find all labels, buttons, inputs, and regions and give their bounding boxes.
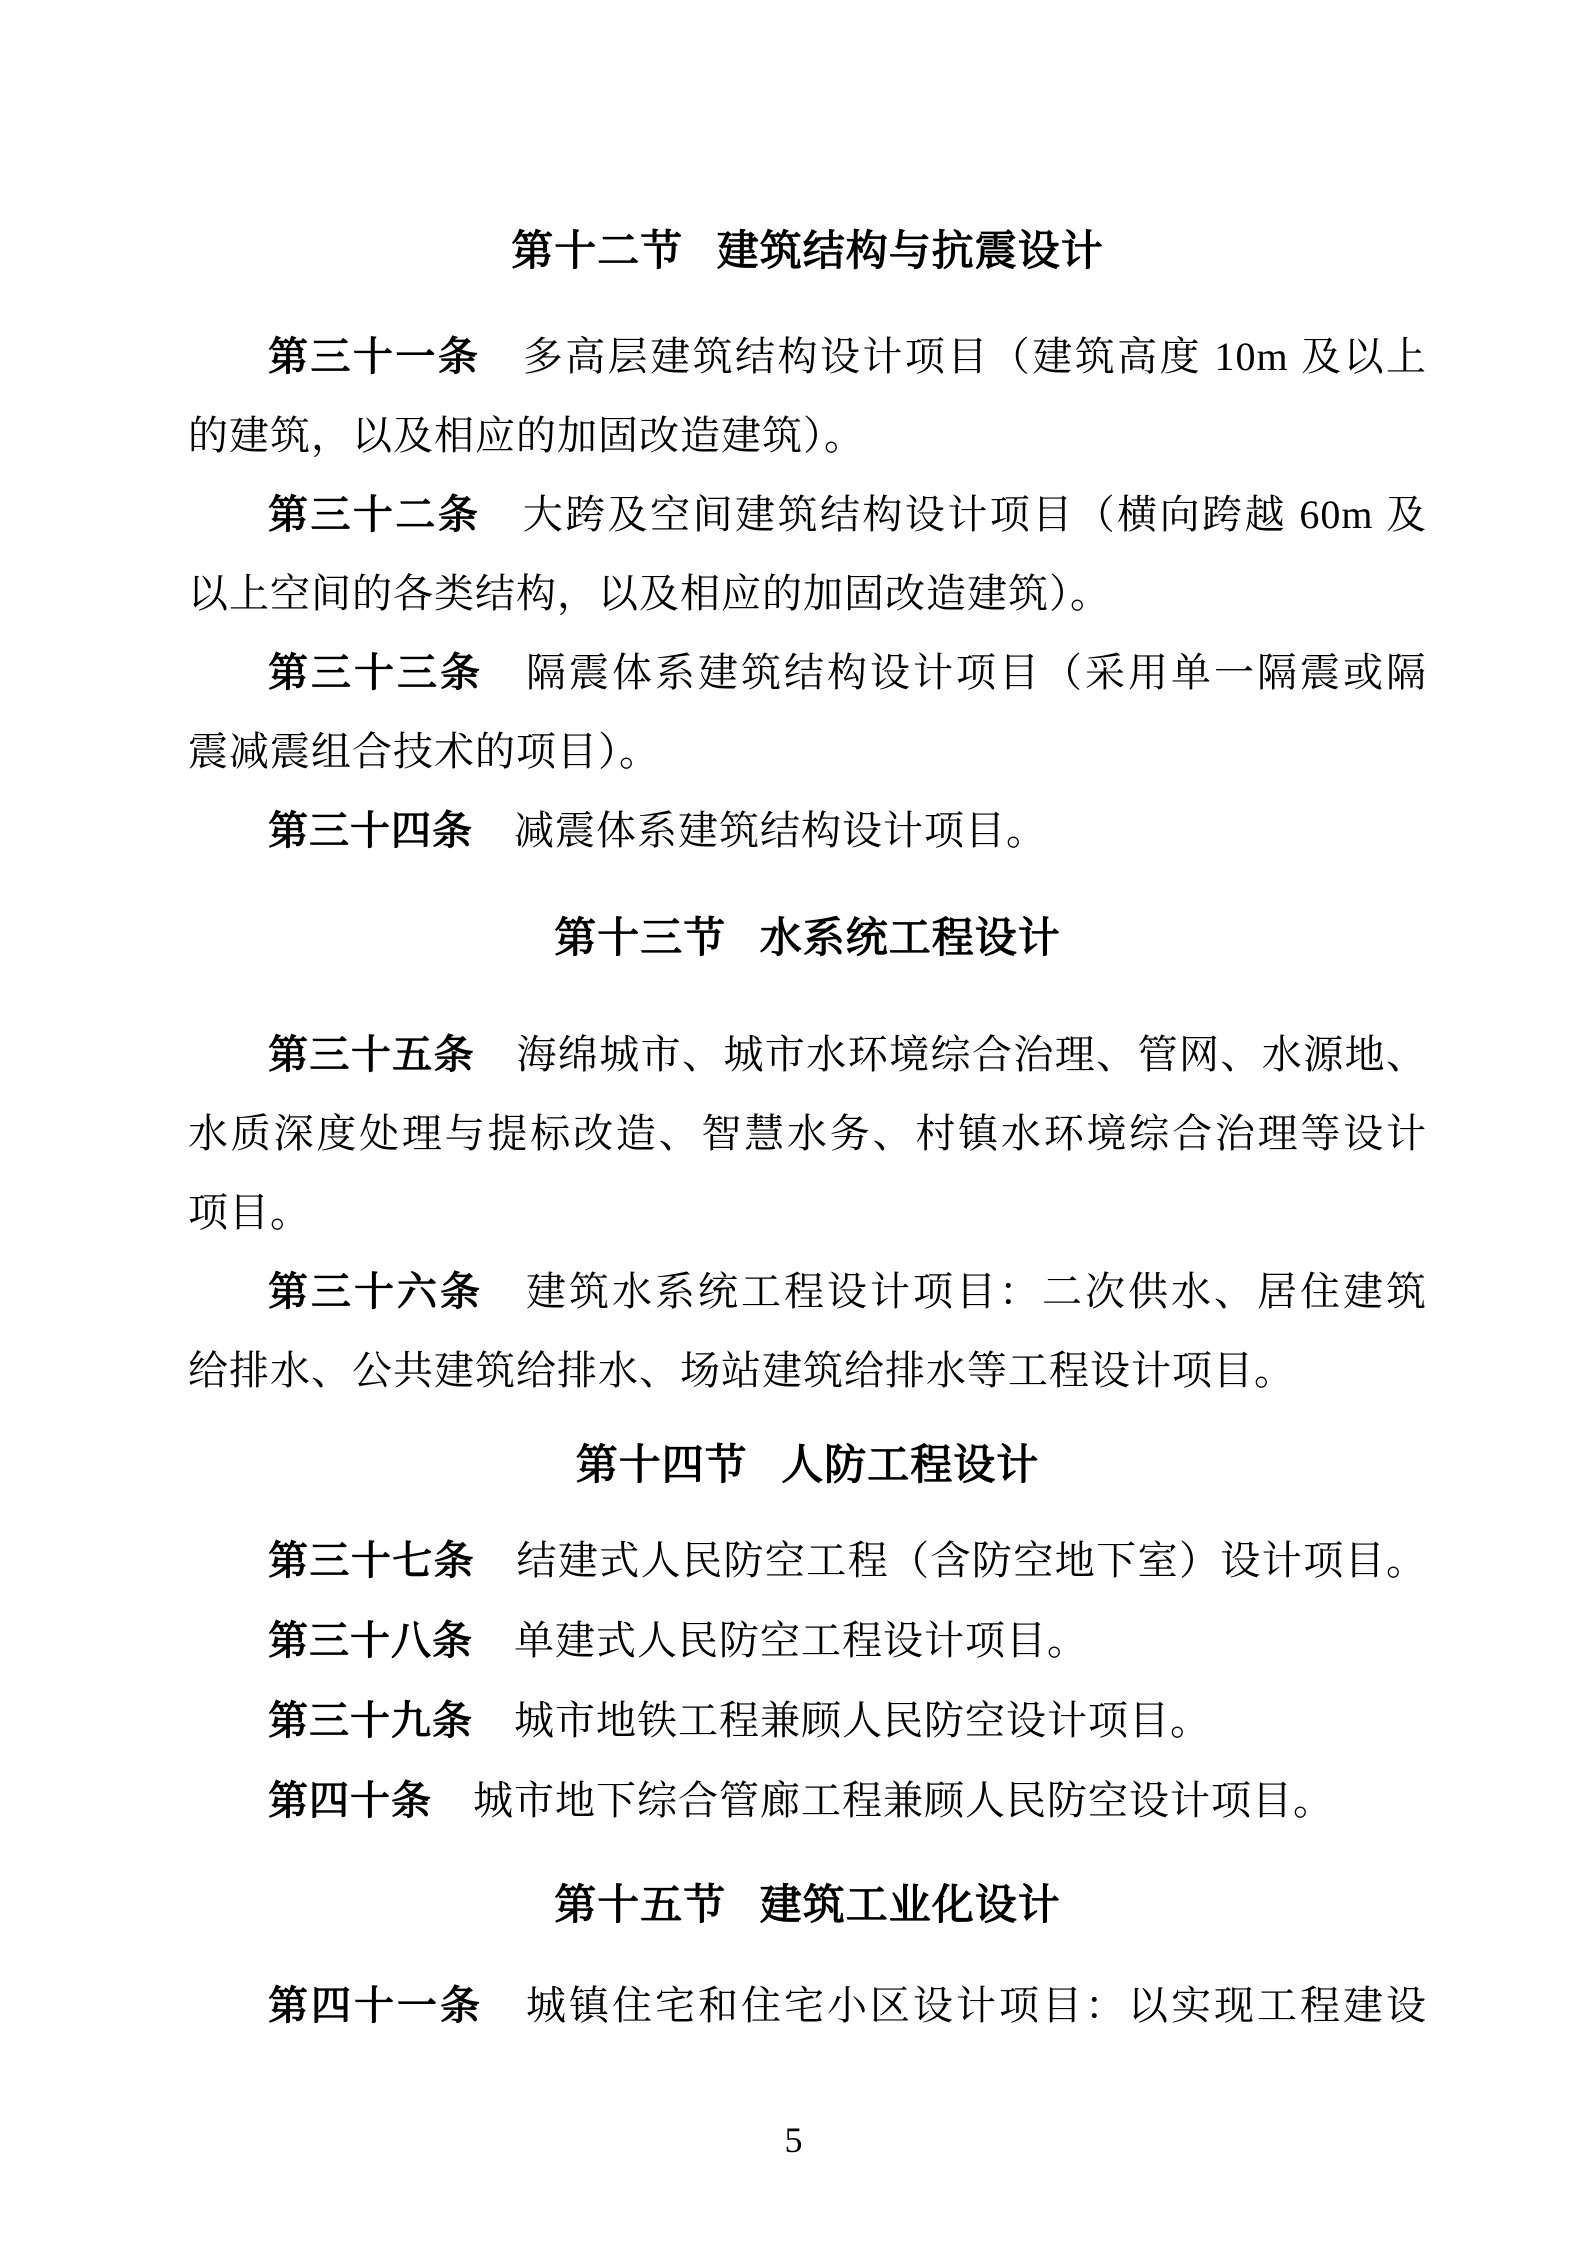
section-heading: 第十三节水系统工程设计 — [188, 913, 1427, 962]
article-text: 给排水、公共建筑给排水、场站建筑给排水等工程设计项目。 — [188, 1348, 1295, 1393]
article-paragraph: 第四十一条 城镇住宅和住宅小区设计项目：以实现工程建设 — [188, 1966, 1427, 2045]
article-number: 第三十九条 — [268, 1698, 473, 1743]
article-line: 第三十四条 减震体系建筑结构设计项目。 — [188, 791, 1427, 870]
section-heading: 第十二节建筑结构与抗震设计 — [188, 226, 1427, 275]
article-paragraph: 第三十六条 建筑水系统工程设计项目：二次供水、居住建筑 给排水、公共建筑给排水、… — [188, 1252, 1427, 1410]
article-text: 单建式人民防空工程设计项目。 — [473, 1618, 1088, 1663]
article-paragraph: 第三十一条 多高层建筑结构设计项目（建筑高度 10m 及以上 的建筑，以及相应的… — [188, 317, 1427, 475]
article-line: 第四十一条 城镇住宅和住宅小区设计项目：以实现工程建设 — [188, 1966, 1427, 2045]
article-line: 第三十二条 大跨及空间建筑结构设计项目（横向跨越 60m 及 — [188, 475, 1427, 554]
article-text: 水质深度处理与提标改造、智慧水务、村镇水环境综合治理等设计 — [188, 1111, 1427, 1156]
article-paragraph: 第三十九条 城市地铁工程兼顾人民防空设计项目。 — [188, 1681, 1427, 1760]
article-line: 的建筑，以及相应的加固改造建筑）。 — [188, 396, 1427, 475]
article-text: 建筑水系统工程设计项目：二次供水、居住建筑 — [483, 1269, 1427, 1314]
article-text: 城市地铁工程兼顾人民防空设计项目。 — [473, 1698, 1211, 1743]
article-text: 多高层建筑结构设计项目（建筑高度 10m 及以上 — [480, 334, 1427, 379]
article-line: 给排水、公共建筑给排水、场站建筑给排水等工程设计项目。 — [188, 1331, 1427, 1410]
article-line: 第三十六条 建筑水系统工程设计项目：二次供水、居住建筑 — [188, 1252, 1427, 1331]
page-number: 5 — [0, 2119, 1587, 2161]
article-line: 第三十五条 海绵城市、城市水环境综合治理、管网、水源地、 — [188, 1015, 1427, 1094]
article-number: 第三十八条 — [268, 1618, 473, 1663]
article-text: 城镇住宅和住宅小区设计项目：以实现工程建设 — [483, 1983, 1427, 2028]
article-line: 第三十七条 结建式人民防空工程（含防空地下室）设计项目。 — [188, 1521, 1427, 1600]
article-text: 震减震组合技术的项目）。 — [188, 729, 660, 774]
heading-label: 第十五节 — [554, 1881, 726, 1928]
heading-title: 建筑工业化设计 — [760, 1881, 1061, 1928]
article-text: 减震体系建筑结构设计项目。 — [473, 808, 1047, 853]
article-number: 第三十五条 — [268, 1032, 475, 1077]
article-paragraph: 第三十五条 海绵城市、城市水环境综合治理、管网、水源地、 水质深度处理与提标改造… — [188, 1015, 1427, 1252]
article-line: 以上空间的各类结构，以及相应的加固改造建筑）。 — [188, 554, 1427, 633]
article-text: 大跨及空间建筑结构设计项目（横向跨越 60m 及 — [480, 492, 1427, 537]
section-heading: 第十五节建筑工业化设计 — [188, 1880, 1427, 1929]
article-paragraph: 第三十八条 单建式人民防空工程设计项目。 — [188, 1601, 1427, 1680]
article-text: 隔震体系建筑结构设计项目（采用单一隔震或隔 — [483, 650, 1427, 695]
article-line: 项目。 — [188, 1173, 1427, 1252]
article-line: 第三十三条 隔震体系建筑结构设计项目（采用单一隔震或隔 — [188, 633, 1427, 712]
document-page: 第十二节建筑结构与抗震设计 第三十一条 多高层建筑结构设计项目（建筑高度 10m… — [0, 0, 1587, 2245]
article-number: 第三十二条 — [268, 492, 480, 537]
heading-title: 水系统工程设计 — [760, 914, 1061, 961]
heading-label: 第十四节 — [576, 1441, 748, 1488]
heading-label: 第十三节 — [554, 914, 726, 961]
article-number: 第三十一条 — [268, 334, 480, 379]
article-line: 第三十八条 单建式人民防空工程设计项目。 — [188, 1601, 1427, 1680]
article-text: 项目。 — [188, 1190, 311, 1235]
article-number: 第三十三条 — [268, 650, 483, 695]
article-number: 第四十条 — [268, 1778, 432, 1823]
section-heading: 第十四节人防工程设计 — [188, 1440, 1427, 1489]
article-text: 的建筑，以及相应的加固改造建筑）。 — [188, 413, 865, 458]
article-paragraph: 第三十三条 隔震体系建筑结构设计项目（采用单一隔震或隔 震减震组合技术的项目）。 — [188, 633, 1427, 791]
heading-title: 建筑结构与抗震设计 — [717, 227, 1104, 274]
article-text: 海绵城市、城市水环境综合治理、管网、水源地、 — [475, 1032, 1427, 1077]
article-line: 第三十一条 多高层建筑结构设计项目（建筑高度 10m 及以上 — [188, 317, 1427, 396]
article-paragraph: 第三十二条 大跨及空间建筑结构设计项目（横向跨越 60m 及 以上空间的各类结构… — [188, 475, 1427, 633]
article-line: 第三十九条 城市地铁工程兼顾人民防空设计项目。 — [188, 1681, 1427, 1760]
article-number: 第四十一条 — [268, 1983, 483, 2028]
article-text: 以上空间的各类结构，以及相应的加固改造建筑）。 — [188, 571, 1111, 616]
article-text: 结建式人民防空工程（含防空地下室）设计项目。 — [475, 1538, 1427, 1583]
article-number: 第三十六条 — [268, 1269, 483, 1314]
article-line: 震减震组合技术的项目）。 — [188, 712, 1427, 791]
article-paragraph: 第三十七条 结建式人民防空工程（含防空地下室）设计项目。 — [188, 1521, 1427, 1600]
article-line: 水质深度处理与提标改造、智慧水务、村镇水环境综合治理等设计 — [188, 1094, 1427, 1173]
article-line: 第四十条 城市地下综合管廊工程兼顾人民防空设计项目。 — [188, 1761, 1427, 1840]
article-paragraph: 第四十条 城市地下综合管廊工程兼顾人民防空设计项目。 — [188, 1761, 1427, 1840]
heading-label: 第十二节 — [511, 227, 683, 274]
article-number: 第三十七条 — [268, 1538, 475, 1583]
article-text: 城市地下综合管廊工程兼顾人民防空设计项目。 — [432, 1778, 1334, 1823]
article-number: 第三十四条 — [268, 808, 473, 853]
article-paragraph: 第三十四条 减震体系建筑结构设计项目。 — [188, 791, 1427, 870]
heading-title: 人防工程设计 — [781, 1441, 1039, 1488]
